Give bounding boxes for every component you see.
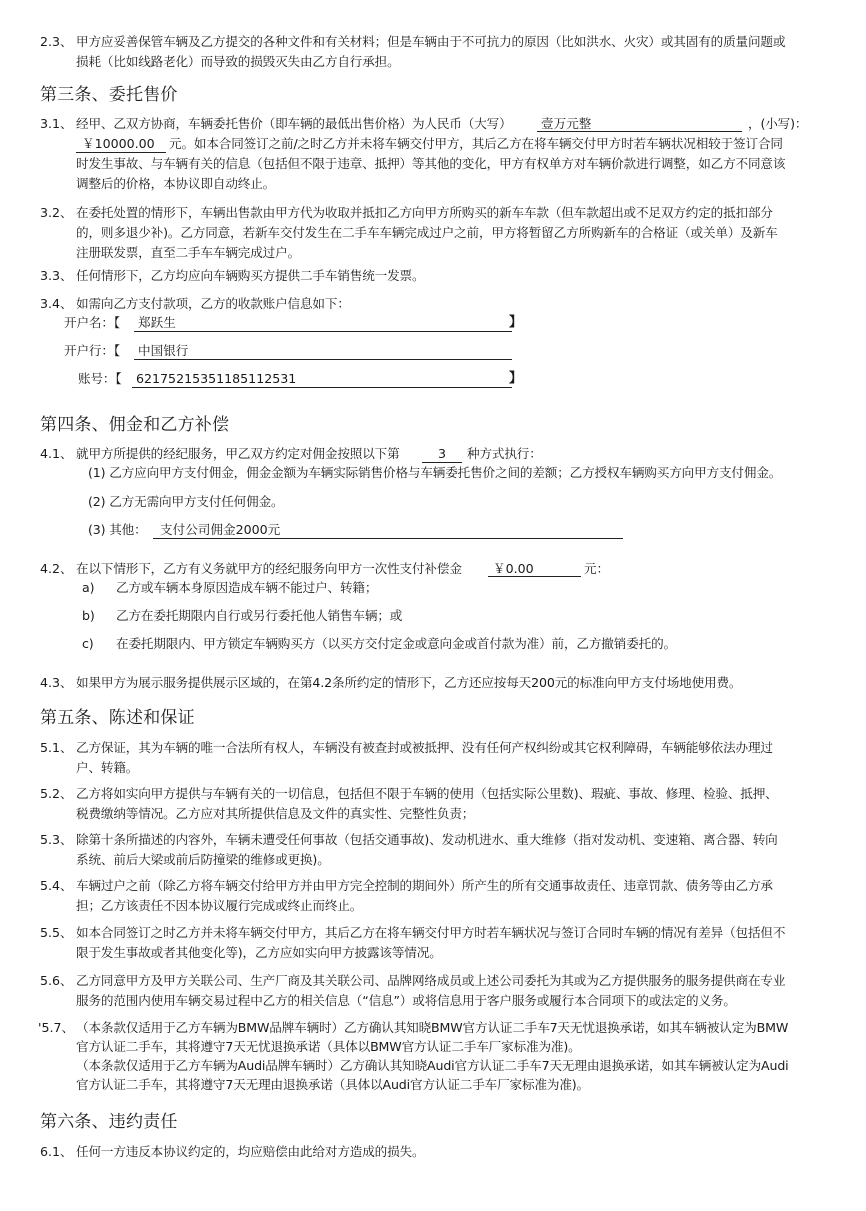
clause-text: 时发生事故、与车辆有关的信息（包括但不限于违章、抵押）等其他的变化，甲方有权单方… [76,156,785,172]
clause-text: 就甲方所提供的经纪服务，甲乙双方约定对佣金按照以下第 [76,446,400,462]
clause-text: 系统、前后大梁或前后防撞梁的维修或更换)。 [76,852,330,868]
clause-number: 3.4、 [40,296,73,312]
clause-number: 4.3、 [40,675,73,691]
clause-number: 5.6、 [40,973,73,989]
commission-option-3-label: (3) 其他： [88,522,147,538]
clause-text: 元。如本合同签订之前/之时乙方并未将车辆交付甲方，其后乙方在将车辆交付甲方时若车… [169,136,783,152]
list-marker: b) [82,608,95,624]
account-name-field[interactable]: 郑跃生 [138,315,176,331]
clause-number: 2.3、 [40,34,73,50]
close-bracket: 】 [509,371,522,387]
clause-text: 任何一方违反本协议约定的，均应赔偿由此给对方造成的损失。 [76,1144,424,1160]
clause-text: 经甲、乙双方协商，车辆委托售价（即车辆的最低出售价格）为人民币（大写） [76,116,512,132]
account-name-label: 开户名：【 [64,315,120,331]
commission-option-field[interactable]: 3 [438,446,446,462]
clause-text: ，(小写)： [748,116,807,132]
clause-text: 担；乙方该责任不因本协议履行完成或终止而终止。 [76,898,362,914]
clause-text: 乙方将如实向甲方提供与车辆有关的一切信息，包括但不限于车辆的使用（包括实际公里数… [76,786,778,802]
close-bracket: 】 [509,315,522,331]
clause-text: （本条款仅适用于乙方车辆为Audi品牌车辆时）乙方确认其知晓Audi官方认证二手… [76,1058,789,1074]
clause-text: 在委托处置的情形下，车辆出售款由甲方代为收取并抵扣乙方向甲方所购买的新车车款（但… [76,205,773,221]
clause-text: 乙方保证，其为车辆的唯一合法所有权人，车辆没有被查封或被抵押、没有任何产权纠纷或… [76,740,773,756]
clause-number: 5.2、 [40,786,73,802]
commission-other-field[interactable]: 支付公司佣金2000元 [160,522,280,538]
bank-label: 开户行：【 [64,343,120,359]
list-item: 乙方或车辆本身原因造成车辆不能过户、转籍； [116,580,377,596]
clause-text: 如需向乙方支付款项，乙方的收款账户信息如下： [76,296,350,312]
clause-number: 3.1、 [40,116,73,132]
list-marker: a) [82,580,94,596]
list-marker: c) [82,636,94,652]
price-upper-underline [537,131,742,132]
account-number-underline [132,387,512,388]
clause-text: 在以下情形下，乙方有义务就甲方的经纪服务向甲方一次性支付补偿金 [76,561,462,577]
price-upper-field[interactable]: 壹万元整 [541,116,591,132]
clause-text: 服务的范围内使用车辆交易过程中乙方的相关信息（“信息”）或将信息用于客户服务或履… [76,993,736,1009]
account-name-underline [134,331,512,332]
clause-text: 限于发生事故或者其他变化等)，乙方应如实向甲方披露该等情况。 [76,945,442,961]
clause-text: 甲方应妥善保管车辆及乙方提交的各种文件和有关材料；但是车辆由于不可抗力的原因（比… [76,34,785,50]
compensation-underline [488,576,581,577]
clause-text: 除第十条所描述的内容外，车辆未遭受任何事故（包括交通事故)、发动机进水、重大维修… [76,832,778,848]
clause-text: 如本合同签订之时乙方并未将车辆交付甲方，其后乙方在将车辆交付甲方时若车辆状况与签… [76,925,785,941]
clause-text: 注册联发票，直至二手车车辆完成过户。 [76,245,300,261]
clause-text: 车辆过户之前（除乙方将车辆交付给甲方并由甲方完全控制的期间外）所产生的所有交通事… [76,878,773,894]
clause-text: 元： [584,561,609,577]
clause-number: 4.2、 [40,561,73,577]
clause-number: 6.1、 [40,1144,73,1160]
commission-option-1: (1) 乙方应向甲方支付佣金，佣金金额为车辆实际销售价格与车辆委托售价之间的差额… [88,465,781,481]
list-item: 在委托期限内、甲方锁定车辆购买方（以买方交付定金或意向金或首付款为准）前，乙方撤… [116,636,676,652]
clause-text: 的，则多退少补)。乙方同意，若新车交付发生在二手车车辆完成过户之前，甲方将暂留乙… [76,225,778,241]
contract-page: 2.3、 甲方应妥善保管车辆及乙方提交的各种文件和有关材料；但是车辆由于不可抗力… [0,0,866,1211]
clause-number: 5.4、 [40,878,73,894]
clause-text: 损耗（比如线路老化）而导致的损毁灭失由乙方自行承担。 [76,54,400,70]
clause-text: （本条款仅适用于乙方车辆为BMW品牌车辆时）乙方确认其知晓BMW官方认证二手车7… [76,1020,788,1036]
clause-text: 种方式执行： [467,446,542,462]
clause-text: 任何情形下，乙方均应向车辆购买方提供二手车销售统一发票。 [76,268,424,284]
clause-number: '5.7、 [38,1020,74,1036]
clause-text: 如果甲方为展示服务提供展示区域的，在第4.2条所约定的情形下，乙方还应按每天20… [76,675,741,691]
clause-number: 5.1、 [40,740,73,756]
compensation-field[interactable]: ￥0.00 [493,561,534,577]
commission-option-underline [422,462,462,463]
commission-option-2: (2) 乙方无需向甲方支付任何佣金。 [88,494,283,510]
clause-number: 3.2、 [40,205,73,221]
bank-field[interactable]: 中国银行 [138,343,188,359]
list-item: 乙方在委托期限内自行或另行委托他人销售车辆；或 [116,608,402,624]
clause-text: 官方认证二手车，其将遵守7天无忧退换承诺（具体以BMW官方认证二手车厂家标准为准… [76,1039,581,1055]
account-number-label: 账号：【 [78,371,121,387]
clause-number: 3.3、 [40,268,73,284]
section-title: 第四条、佣金和乙方补偿 [40,414,229,436]
clause-text: 调整后的价格，本协议即自动终止。 [76,176,275,192]
clause-text: 户、转籍。 [76,760,138,776]
clause-text: 官方认证二手车，其将遵守7天无理由退换承诺（具体以Audi官方认证二手车厂家标准… [76,1077,589,1093]
price-lower-field[interactable]: ￥10000.00 [82,136,155,152]
commission-other-underline [153,538,623,539]
clause-number: 4.1、 [40,446,73,462]
section-title: 第五条、陈述和保证 [40,707,195,729]
clause-number: 5.3、 [40,832,73,848]
section-title: 第六条、违约责任 [40,1111,178,1133]
price-lower-underline [76,152,166,153]
clause-text: 乙方同意甲方及甲方关联公司、生产厂商及其关联公司、品牌网络成员或上述公司委托为其… [76,973,785,989]
section-title: 第三条、委托售价 [40,84,178,106]
clause-number: 5.5、 [40,925,73,941]
bank-underline [134,359,512,360]
account-number-field[interactable]: 6217521535118511253​1 [136,371,296,387]
clause-text: 税费缴纳等情况。乙方应对其所提供信息及文件的真实性、完整性负责； [76,806,474,822]
